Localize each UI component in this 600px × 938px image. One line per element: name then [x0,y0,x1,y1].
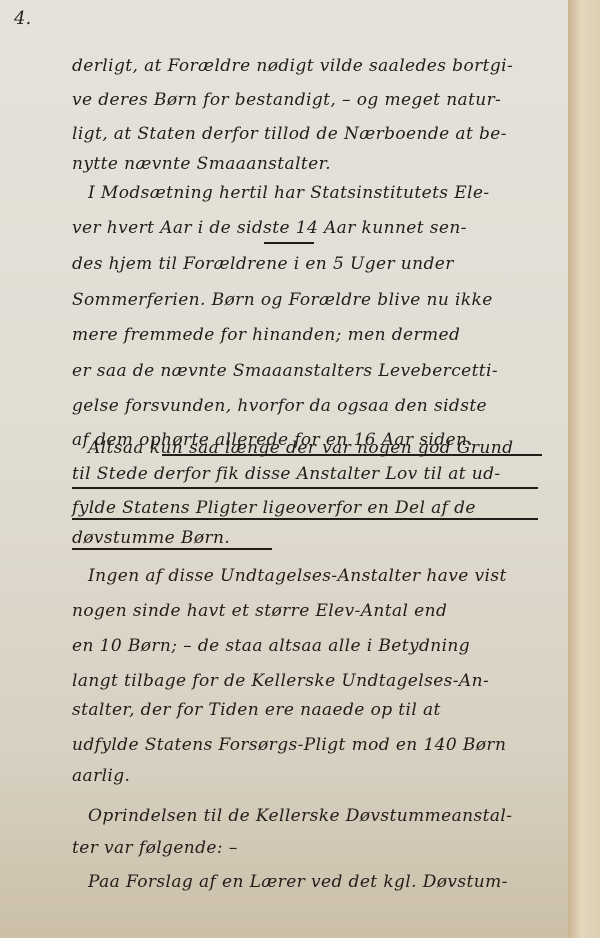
text-line: aarlig. [72,766,130,786]
text-line: gelse forsvunden, hvorfor da ogsaa den s… [72,396,487,416]
text-line: ver hvert Aar i de sidste 14 Aar kunnet … [72,218,467,238]
text-line: langt tilbage for de Kellerske Undtagels… [72,671,489,691]
text-line: des hjem til Forældrene i en 5 Uger unde… [72,254,454,274]
text-line: Oprindelsen til de Kellerske Døvstummean… [88,806,512,826]
text-line: stalter, der for Tiden ere naaede op til… [72,700,441,720]
adjacent-page-edge [568,0,600,938]
text-line: Ingen af disse Undtagelses-Anstalter hav… [88,566,507,586]
text-line: er saa de nævnte Smaaanstalters Leveberc… [72,361,498,381]
text-line: ve deres Børn for bestandigt, – og meget… [72,90,501,110]
text-line: ter var følgende: – [72,838,238,858]
text-line: døvstumme Børn. [72,528,230,548]
text-line: til Stede derfor fik disse Anstalter Lov… [72,464,501,484]
text-line: ligt, at Staten derfor tillod de Nærboen… [72,124,507,144]
text-line: derligt, at Forældre nødigt vilde saaled… [72,56,513,76]
underline-sidste [264,242,314,244]
underline-til-stede [72,487,538,489]
underline-fylde [72,518,538,520]
text-line: I Modsætning hertil har Statsinstitutets… [88,183,490,203]
underline-altsaa [162,454,542,456]
text-line: mere fremmede for hinanden; men dermed [72,325,460,345]
text-line: nytte nævnte Smaaanstalter. [72,154,331,174]
underline-born [72,548,272,550]
page-number: 4. [14,8,31,29]
text-line: Sommerferien. Børn og Forældre blive nu … [72,290,493,310]
text-line: Paa Forslag af en Lærer ved det kgl. Døv… [88,872,508,892]
text-line: nogen sinde havt et større Elev-Antal en… [72,601,447,621]
text-line: udfylde Statens Forsørgs-Pligt mod en 14… [72,735,506,755]
manuscript-page: 4. derligt, at Forældre nødigt vilde saa… [0,0,568,938]
text-line: fylde Statens Pligter ligeoverfor en Del… [72,498,476,518]
text-line: en 10 Børn; – de staa altsaa alle i Bety… [72,636,470,656]
